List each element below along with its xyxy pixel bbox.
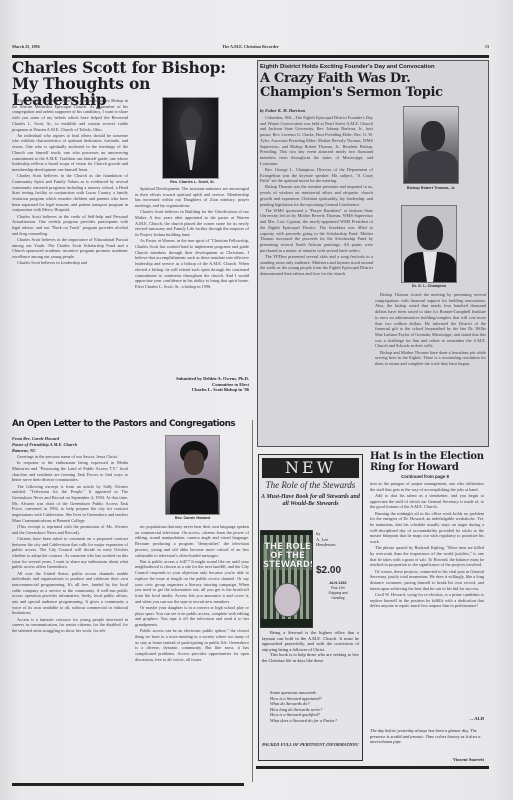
paragraph: Access is a fantastic resource for young… <box>12 617 128 634</box>
scott-photo <box>162 97 219 179</box>
paragraph: Bishop Thomas closed the meeting by pres… <box>375 292 486 349</box>
paragraph: Greetings in the precious name of our Sa… <box>12 454 128 460</box>
paragraph: Add to that his talent as a trendsetter,… <box>370 493 484 510</box>
champion-kicker: Eighth District Holds Exciting Founder's… <box>260 64 435 70</box>
open-letter-headline: An Open Letter to the Pastors and Congre… <box>12 419 247 429</box>
quote-author: Vincent Starrett <box>370 757 484 762</box>
issue-date: March 25, 1996 <box>12 44 40 49</box>
paragraph: The phrase quoted by Rudyard Kipling, "M… <box>370 545 484 568</box>
paragraph: Citizens have been asked to comment on a… <box>12 536 128 570</box>
ad-author: by A. Lee Henderson <box>316 531 336 548</box>
howard-headline: Hat Is in the Election Ring for Howard <box>370 452 492 473</box>
bottom-rule-right <box>256 766 489 769</box>
shipping-line: Handling <box>316 596 360 601</box>
paragraph: Rev. George L. Champion, Director of the… <box>260 167 373 184</box>
author-line: Henderson <box>316 542 336 548</box>
cover-band <box>261 531 312 535</box>
dr-champion-caption: Dr. G. L. Champion <box>386 284 472 288</box>
portrait-body <box>170 478 218 515</box>
paragraph: tion as the paragon of proper management… <box>370 481 484 492</box>
filler-quote: The day before yesterday always has been… <box>370 728 484 745</box>
scott-photo-caption: Rev. Charles L. Scott, Sr. <box>150 180 235 184</box>
open-letter-from: From Rev. Carole Howard Pastor of Friend… <box>12 436 132 453</box>
open-letter-column-2: nic populations that may never hear thei… <box>135 524 249 774</box>
paper-name: The A.M.E. Christian Recorder <box>222 44 279 49</box>
cover-crest-icon <box>274 583 301 617</box>
carole-howard-photo <box>165 435 220 515</box>
paragraph: Cecil W. Howard, vying for re-election, … <box>370 592 484 609</box>
new-banner: NEW <box>262 458 359 478</box>
cover-bottom <box>261 619 312 627</box>
ad-book-title: The Role of the Stewards <box>260 480 361 491</box>
ad-tagline: PACKED FULL OF PERTINENT INFORMATION! <box>262 742 359 747</box>
cover-title: THE ROLE OF THE STEWARDS <box>263 543 312 570</box>
continued-from: Continued from page 8 <box>370 474 480 479</box>
ad-questions: Some questions answered: How is a Stewar… <box>270 690 358 724</box>
paragraph: Charles Scott believes in the Church as … <box>12 173 128 213</box>
paragraph: Public access can be an electronic publi… <box>135 628 249 662</box>
paragraph: Charles Scott believes in the credo of S… <box>12 214 128 237</box>
paragraph: The YPDers presented several skits and a… <box>260 254 373 277</box>
portrait-face <box>421 121 445 151</box>
portrait-face <box>417 216 443 250</box>
paragraph: (This excerpt is reprinted with the perm… <box>12 524 128 535</box>
carole-photo-caption: Rev. Carole Howard <box>150 516 235 520</box>
ad-body: Being a Steward is the highest office th… <box>262 630 359 664</box>
paragraph: All over the United States, public acces… <box>12 571 128 617</box>
paragraph: Burning the midnight oil in his office w… <box>370 511 484 545</box>
ad-order-code: ALH-1192 Plus 13% Shipping and Handling <box>316 581 360 601</box>
portrait-body <box>408 151 458 184</box>
paragraph: Charles Scott believes in the importance… <box>12 237 128 260</box>
question-item: What does a Steward do for a Pastor? <box>270 718 358 724</box>
champion-headline: A Crazy Faith Was Dr. Champion's Sermon … <box>260 72 488 99</box>
paragraph: Columbus, MS—The Eighth Episcopal Distri… <box>260 115 373 166</box>
from-line: Ramseur, NC <box>12 448 132 454</box>
champion-column-1: Columbus, MS—The Eighth Episcopal Distri… <box>260 114 373 442</box>
portrait-face <box>180 110 202 137</box>
champion-byline: by Esther K. M. Harrison <box>260 108 305 113</box>
book-cover-image: THE ROLE OF THE STEWARDS <box>260 530 313 628</box>
scott-signature: Submitted by Debbie A. Owens, Ph.D. Comm… <box>135 376 249 393</box>
scott-column-2: Spiritual Development. The assistant min… <box>135 186 249 382</box>
portrait-face <box>184 450 204 475</box>
paragraph: This book is to help those who are seeki… <box>262 652 359 663</box>
paragraph: nic populations that may never hear thei… <box>135 524 249 558</box>
paragraph: The Reverend Charles L. Scott, Sr., is a… <box>12 98 128 132</box>
paragraph: The WMS sponsored a "Prayer Breakfast" a… <box>260 208 373 254</box>
paragraph: Spiritual Development. The assistant min… <box>135 186 249 209</box>
paragraph: Bishop Thomas was the seminar presenter … <box>260 184 373 207</box>
bishop-thomas-caption: Bishop Robert Thomas, Jr. <box>388 186 474 190</box>
dr-champion-photo <box>401 205 457 283</box>
paragraph: Charles Scott believes in Leadership and <box>12 260 128 266</box>
bishop-thomas-photo <box>403 106 459 184</box>
paragraph: Being a Steward is the highest office th… <box>262 630 359 652</box>
paragraph: An individual who aspires to lead others… <box>12 133 128 173</box>
bottom-rule-left <box>12 783 244 786</box>
column-divider <box>252 420 253 782</box>
paragraph: Bishop and Mother Thomas have done a her… <box>375 350 486 367</box>
page-number: 13 <box>485 44 489 49</box>
paragraph: Or maybe your daughter is in a concert o… <box>135 605 249 628</box>
paragraph: The following excerpt is from an article… <box>12 484 128 524</box>
scott-column-1: The Reverend Charles L. Scott, Sr., is a… <box>12 98 128 390</box>
paragraph: As Pastor at Warren, in the true spirit … <box>135 238 249 289</box>
paragraph: In response to the enthusiasm being expr… <box>12 460 128 483</box>
champion-column-2: Bishop Thomas closed the meeting by pres… <box>375 292 486 442</box>
howard-column: tion as the paragon of proper management… <box>370 481 484 721</box>
paragraph: Of course, these projects, connected to … <box>370 569 484 592</box>
masthead: March 25, 1996 The A.M.E. Christian Reco… <box>12 42 489 54</box>
howard-signature: —ALH <box>370 716 484 721</box>
paragraph: Charles Scott believes in Building for t… <box>135 209 249 238</box>
portrait-shirt <box>186 140 196 170</box>
paragraph: But is public access a frill"? It might … <box>135 559 249 605</box>
ad-price: $2.00 <box>316 565 341 576</box>
open-letter-column-1: Greetings in the precious name of our Sa… <box>12 454 128 784</box>
newspaper-page: March 25, 1996 The A.M.E. Christian Reco… <box>0 0 513 800</box>
ad-subtitle: A Must-Have Book for all Stewards and al… <box>260 494 361 507</box>
signature-line: Charles L. Scott Bishop in '96 <box>135 387 249 393</box>
